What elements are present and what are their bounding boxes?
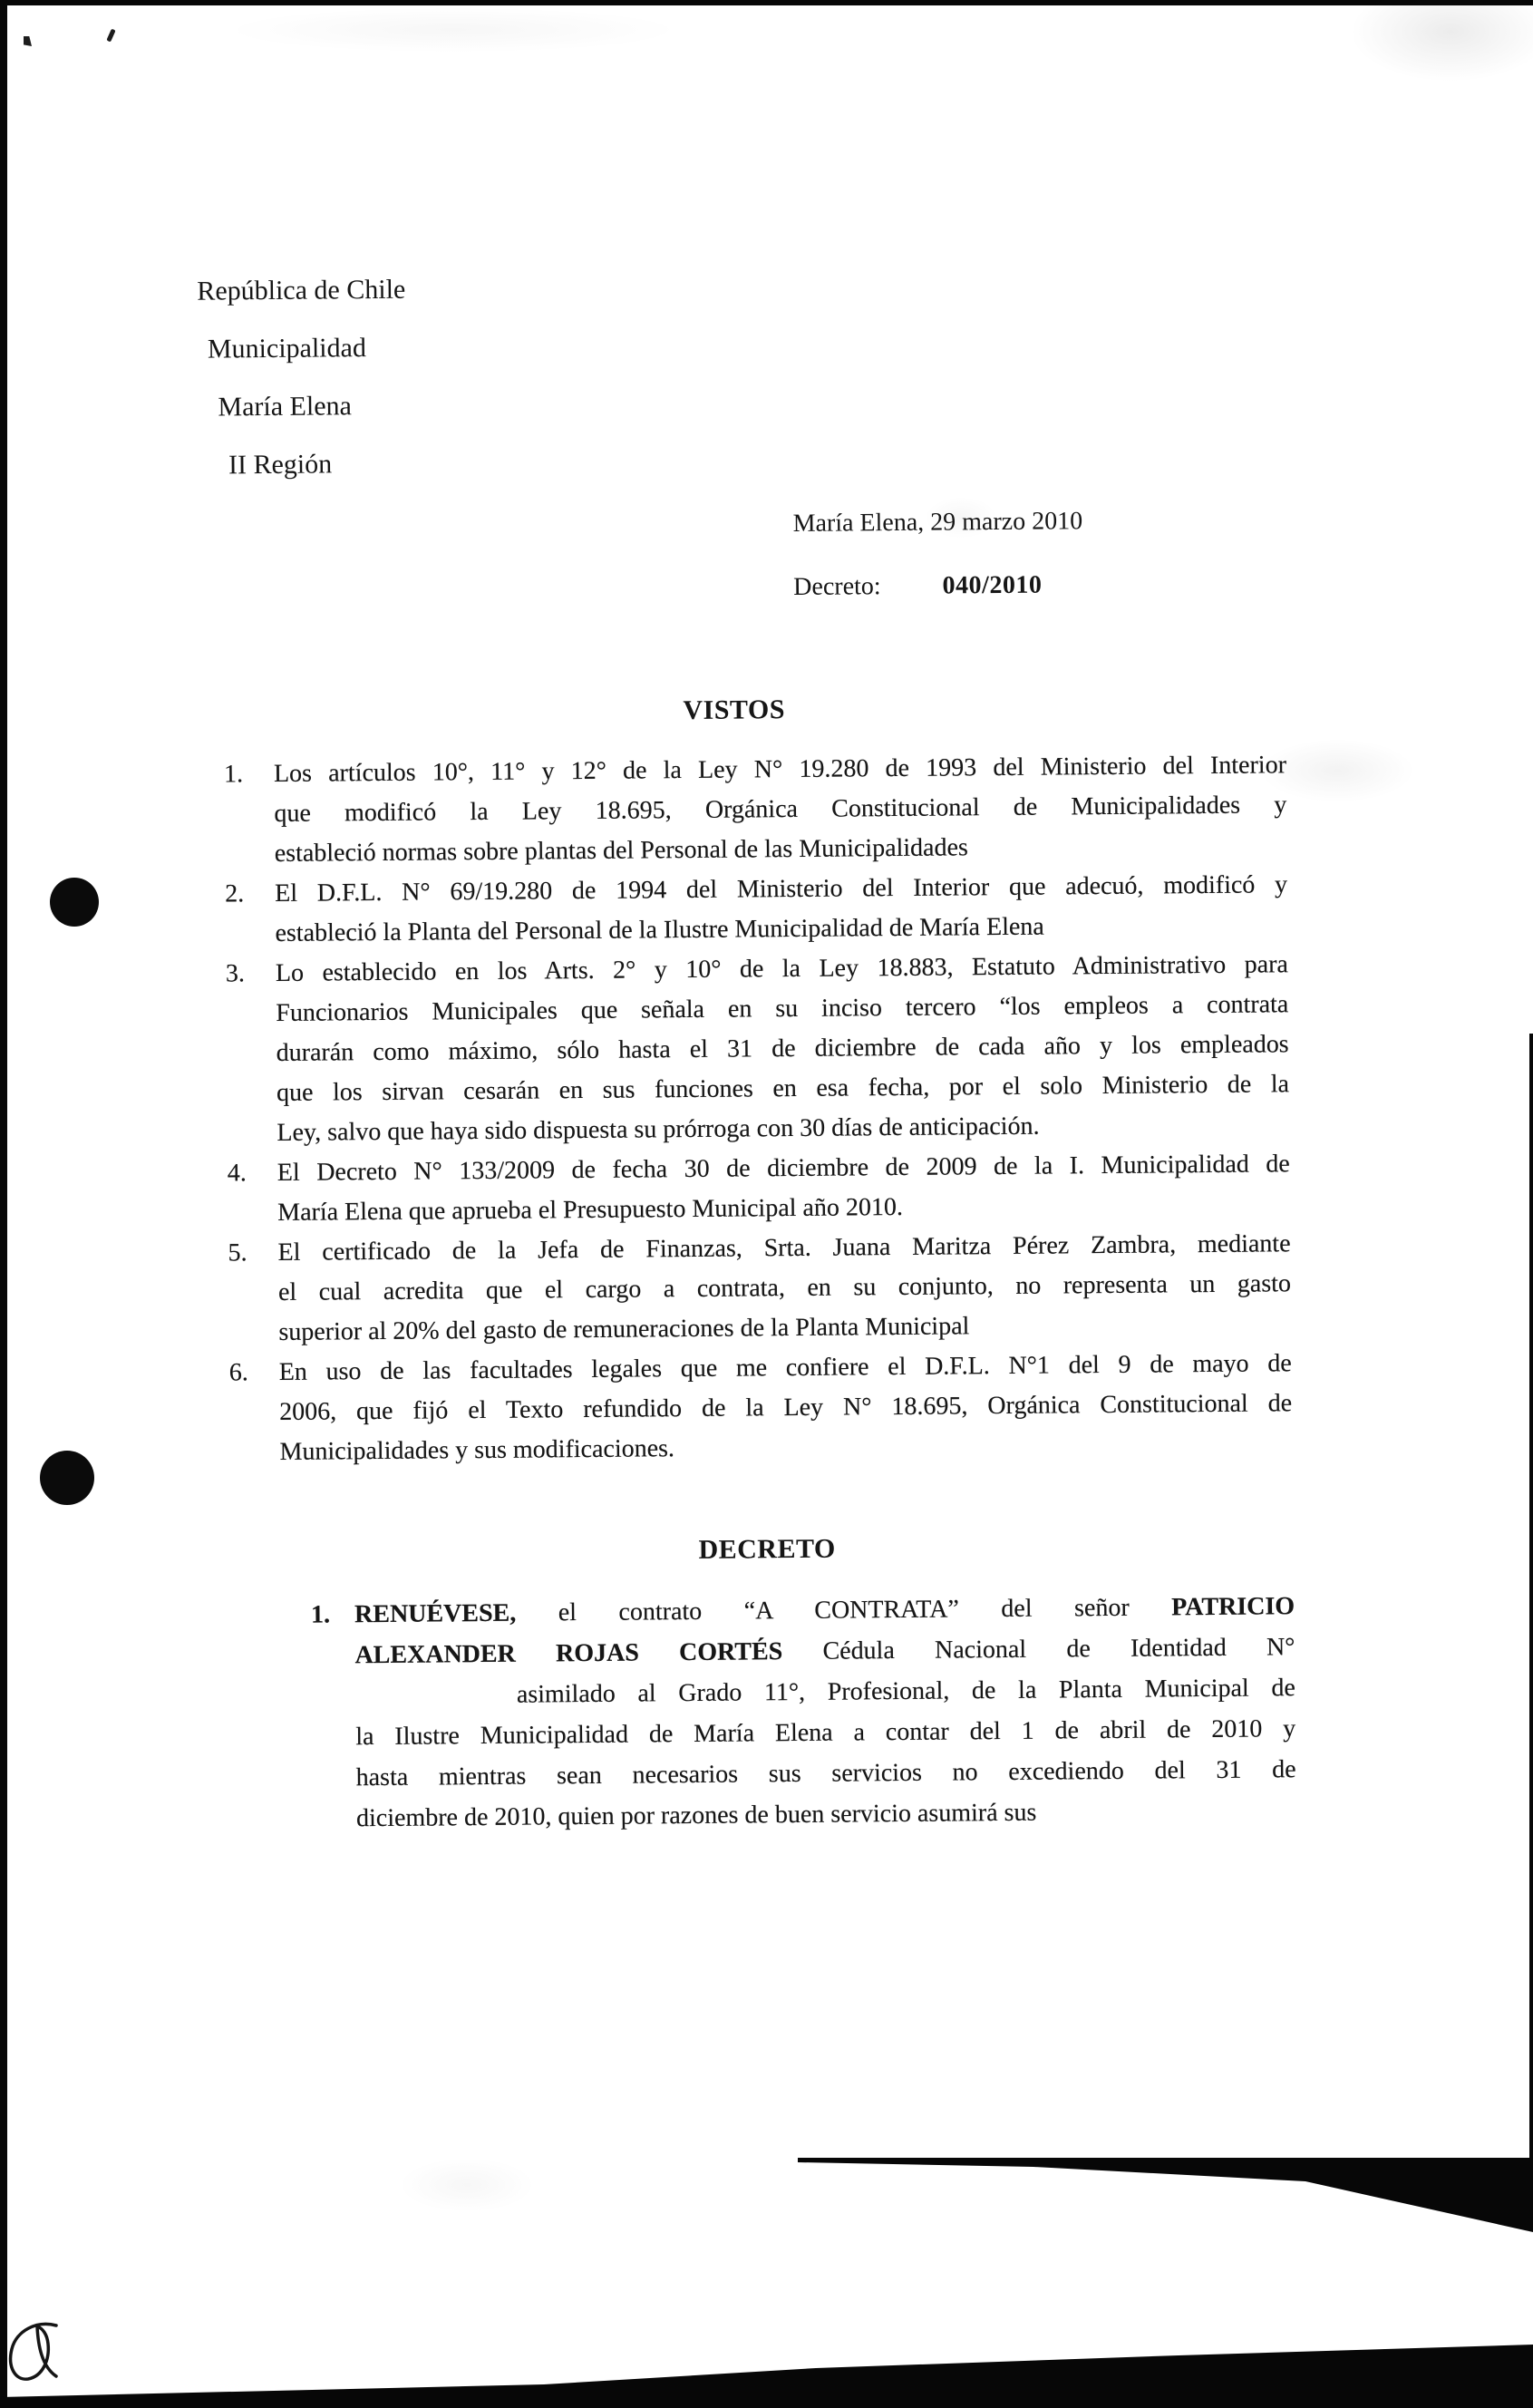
item-text: El D.F.L. N° 69/19.280 de 1994 del Minis… [275,865,1288,954]
text-segment: asimilado al Grado 11°, Profesional, de … [517,1674,1295,1708]
text-segment: Los artículos 10°, 11° y 12° de la Ley N… [274,751,1286,788]
scan-right-edge [1529,1034,1533,2227]
text-segment: 2006, que fijó el Texto refundido de la … [279,1389,1292,1426]
item-text: En uso de las facultades legales que me … [279,1344,1293,1472]
scan-left-edge [0,0,7,2408]
decree-label: Decreto: [793,572,881,601]
list-item: 5.El certificado de la Jefa de Finanzas,… [228,1224,1291,1353]
letterhead-line: República de Chile [197,275,405,335]
letterhead: República de ChileMunicipalidadMaría Ele… [197,275,407,509]
text-segment: El D.F.L. N° 69/19.280 de 1994 del Minis… [275,870,1287,908]
scan-top-edge [0,0,1533,5]
item-number: 1. [311,1594,354,1635]
text-segment: durarán como máximo, sólo hasta el 31 de… [277,1030,1289,1067]
decree-number-row: Decreto:040/2010 [793,571,1042,602]
section-title-vistos: VISTOS [683,694,785,726]
item-number: 5. [228,1233,277,1273]
item-text: El certificado de la Jefa de Finanzas, S… [277,1224,1291,1353]
text-segment: RENUÉVESE, [354,1599,516,1629]
scan-smudge [925,497,997,539]
list-item: 1.Los artículos 10°, 11° y 12° de la Ley… [224,745,1287,874]
item-number: 6. [229,1353,279,1393]
document-content: República de ChileMunicipalidadMaría Ele… [0,0,1533,2408]
text-segment: Lo establecido en los Arts. 2° y 10° de … [276,950,1288,987]
list-item: 1.RENUÉVESE, el contrato “A CONTRATA” de… [311,1586,1296,1839]
text-segment: En uso de las facultades legales que me … [279,1349,1292,1386]
text-segment: estableció normas sobre plantas del Pers… [275,833,968,868]
section-title-decreto: DECRETO [698,1534,836,1566]
text-line: Municipalidades y sus modificaciones. [279,1423,1292,1472]
decreto-list: 1.RENUÉVESE, el contrato “A CONTRATA” de… [311,1586,1296,1839]
letterhead-line: II Región [228,449,407,509]
scan-smudge [1260,739,1414,802]
item-text: Los artículos 10°, 11° y 12° de la Ley N… [274,745,1287,874]
scan-smudge [227,7,680,53]
scanned-decree-page: República de ChileMunicipalidadMaría Ele… [0,0,1533,2408]
text-segment: Funcionarios Municipales que señala en s… [276,990,1288,1027]
item-text: Lo establecido en los Arts. 2° y 10° de … [276,945,1290,1153]
text-segment: Municipalidades y sus modificaciones. [279,1434,674,1466]
item-text: RENUÉVESE, el contrato “A CONTRATA” del … [354,1586,1296,1839]
text-segment: Ley, salvo que haya sido dispuesta su pr… [277,1112,1039,1147]
decree-number: 040/2010 [942,571,1042,600]
text-segment: El Decreto N° 133/2009 de fecha 30 de di… [277,1150,1290,1187]
list-item: 4.El Decreto N° 133/2009 de fecha 30 de … [228,1144,1291,1233]
list-item: 3.Lo establecido en los Arts. 2° y 10° d… [226,945,1290,1153]
letterhead-line: Municipalidad [208,333,406,393]
text-segment: María Elena que aprueba el Presupuesto M… [277,1193,903,1227]
text-segment: la Ilustre Municipalidad de María Elena … [355,1714,1295,1751]
text-segment: que modificó la Ley 18.695, Orgánica Con… [274,791,1286,828]
list-item: 6.En uso de las facultades legales que m… [229,1344,1293,1472]
text-segment: diciembre de 2010, quien por razones de … [356,1799,1037,1833]
hole-punch-icon [50,878,99,927]
redacted-gap [355,1702,517,1704]
text-segment: PATRICIO [1171,1592,1295,1621]
text-segment: que los sirvan cesarán en sus funciones … [277,1070,1289,1107]
hole-punch-icon [40,1451,94,1505]
list-item: 2.El D.F.L. N° 69/19.280 de 1994 del Min… [225,865,1288,954]
text-segment: ALEXANDER ROJAS CORTÉS [354,1637,782,1669]
text-segment: superior al 20% del gasto de remuneracio… [278,1312,969,1346]
text-segment: Cédula Nacional de Identidad N° [782,1633,1295,1665]
vistos-list: 1.Los artículos 10°, 11° y 12° de la Ley… [224,745,1293,1472]
item-text: El Decreto N° 133/2009 de fecha 30 de di… [277,1144,1291,1233]
scan-smudge [399,2158,535,2212]
letterhead-line: María Elena [218,391,406,451]
item-number: 1. [224,754,274,794]
text-line: hasta mientras sean necesarios sus servi… [355,1749,1295,1798]
text-segment: el cual acredita que el cargo a contrata… [278,1269,1291,1306]
item-number: 3. [226,954,276,994]
pen-scribble-icon [2,2316,74,2398]
text-segment: hasta mientras sean necesarios sus servi… [356,1755,1296,1791]
scan-bottom-edge [0,2321,1533,2408]
text-segment: El certificado de la Jefa de Finanzas, S… [277,1229,1290,1267]
item-number: 4. [228,1153,277,1193]
text-segment: estableció la Planta del Personal de la … [275,913,1044,947]
item-number: 2. [225,874,275,914]
text-segment: el contrato “A CONTRATA” del señor [516,1593,1171,1626]
text-line: diciembre de 2010, quien por razones de … [356,1790,1296,1839]
